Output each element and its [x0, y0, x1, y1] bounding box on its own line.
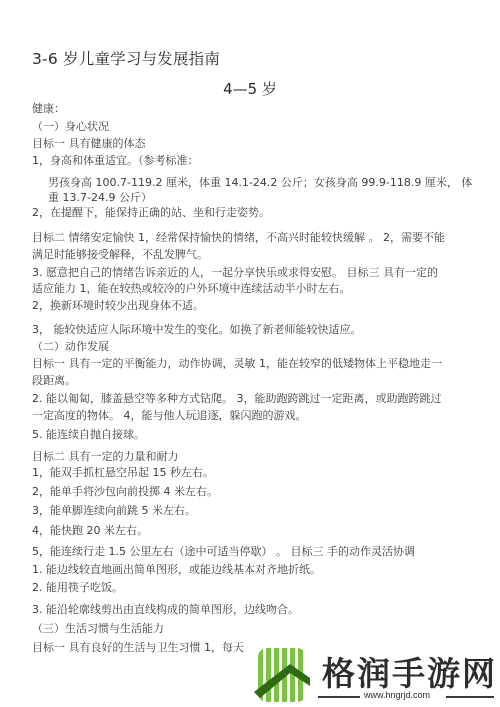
watermark-url: www.hngrjd.com [364, 690, 430, 700]
goal-paragraph: 段距离。 [32, 374, 76, 388]
list-item: 2，在提醒下，能保持正确的站、坐和行走姿势。 [32, 206, 270, 220]
goal-paragraph: 目标一 具有一定的平衡能力，动作协调，灵敏 1，能在较窄的低矮物体上平稳地走一 [32, 357, 442, 371]
list-item: 4，能快跑 20 米左右。 [32, 524, 148, 538]
watermark: 格润手游网 www.hngrjd.com [252, 646, 500, 707]
subsection-heading: （二）动作发展 [32, 340, 109, 354]
goal-paragraph: 目标一 具有良好的生活与卫生习惯 1，每天 [32, 641, 244, 655]
list-item: 一定高度的物体。 4，能与他人玩追逐，躲闪跑的游戏。 [32, 409, 307, 423]
list-item: 2. 能用筷子吃饭。 [32, 581, 123, 595]
list-item: 1. 能边线较直地画出简单图形，或能边线基本对齐地折纸。 [32, 563, 321, 577]
list-item-detail: 男孩身高 100.7-119.2 厘米，体重 14.1-24.2 公斤；女孩身高… [48, 176, 472, 190]
list-item: 2，换新环境时较少出现身体不适。 [32, 299, 204, 313]
goal-heading: 目标二 具有一定的力量和耐力 [32, 450, 179, 464]
list-item: 2. 能以匍匐，膝盖悬空等多种方式钻爬。 3，能助跑跨跳过一定距离，或助跑跨跳过 [32, 392, 441, 406]
subsection-heading: （一）身心状况 [32, 120, 109, 134]
goal-paragraph: 适应能力 1，能在较热或较冷的户外环境中连续活动半小时左右。 [32, 282, 351, 296]
divider [318, 696, 360, 698]
list-item: 1，身高和体重适宜。（参考标准： [32, 154, 199, 168]
goal-paragraph: 目标二 情绪安定愉快 1，经常保持愉快的情绪，不高兴时能较快缓解 。 2，需要不… [32, 231, 445, 245]
divider [446, 696, 494, 698]
list-item: 2，能单手将沙包向前投掷 4 米左右。 [32, 485, 218, 499]
house-stripes-logo-icon [252, 646, 310, 704]
document-title: 3-6 岁儿童学习与发展指南 [32, 47, 220, 69]
goal-paragraph: 5，能连续行走 1.5 公里左右（途中可适当停歇） 。 目标三 手的动作灵活协调 [32, 545, 415, 559]
section-label-health: 健康： [32, 102, 65, 116]
list-item: 1，能双手抓杠悬空吊起 15 秒左右。 [32, 466, 214, 480]
document-page: 3-6 岁儿童学习与发展指南 4—5 岁 健康： （一）身心状况 目标一 具有健… [0, 0, 500, 707]
age-heading: 4—5 岁 [0, 78, 500, 99]
list-item: 5. 能连续自抛自接球。 [32, 428, 145, 442]
goal-paragraph: 满足时能够接受解释，不乱发脾气。 [32, 248, 208, 262]
list-item-detail: 重 13.7-24.9 公斤） [48, 191, 152, 205]
list-item: 3，能单脚连续向前跳 5 米左右。 [32, 504, 196, 518]
subsection-heading: （三）生活习惯与生活能力 [32, 622, 164, 636]
list-item: 3. 能沿轮廓线剪出由直线构成的简单图形，边线吻合。 [32, 603, 299, 617]
watermark-url-row: www.hngrjd.com [318, 690, 494, 702]
watermark-site-name: 格润手游网 [322, 648, 497, 695]
goal-paragraph: 3. 愿意把自己的情绪告诉亲近的人，一起分享快乐或求得安慰。 目标三 具有一定的 [32, 266, 438, 280]
goal-heading: 目标一 具有健康的体态 [32, 137, 146, 151]
list-item: 3， 能较快适应人际环境中发生的变化。如换了新老师能较快适应。 [32, 323, 362, 337]
